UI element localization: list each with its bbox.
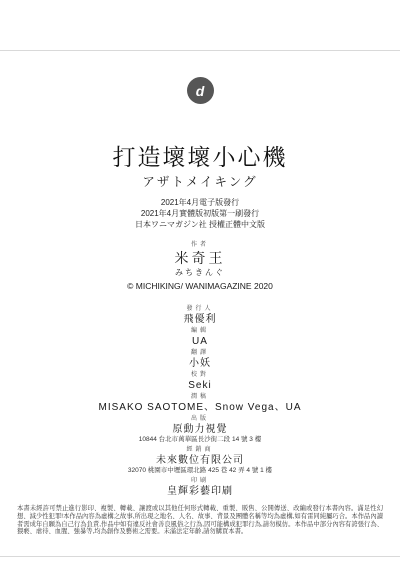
publisher-digital-logo-icon: d [187, 77, 214, 104]
credit-value: MISAKO SAOTOME、Snow Vega、UA [0, 402, 400, 413]
credit-value: 未來數位有限公司 [0, 455, 400, 466]
book-title-japanese: アザトメイキング [0, 175, 400, 190]
legal-fine-print: 本書未經許可禁止進行影印、複製、轉載、讓渡或以其他任何形式轉載、重製、販售、公開… [17, 505, 383, 536]
credit-label: 編輯 [0, 328, 400, 335]
credit-label: 出版 [0, 416, 400, 423]
credit-label: 潤稿 [0, 394, 400, 401]
colophon-page: d 打造壞壞小心機 アザトメイキング 2021年4月電子版發行 2021年4月實… [0, 0, 400, 568]
credit-row-distributor: 經銷商 未來數位有限公司 32070 桃園市中壢區環北路 425 巷 42 弄 … [0, 447, 400, 475]
credit-value: 皇輝彩藝印刷 [0, 486, 400, 497]
author-name: 米奇王 [0, 250, 400, 266]
credit-value: Seki [0, 380, 400, 391]
author-kana: みちきんぐ [0, 268, 400, 278]
page-bottom-edge [0, 556, 400, 557]
credit-row: 校對 Seki [0, 372, 400, 391]
credit-label: 經銷商 [0, 447, 400, 454]
author-label: 作者 [0, 242, 400, 249]
edition-info: 2021年4月電子版發行 2021年4月實體版初版第一刷發行 日本ワニマガジン社… [0, 197, 400, 230]
credit-value: UA [0, 336, 400, 347]
colophon-content: d 打造壞壞小心機 アザトメイキング 2021年4月電子版發行 2021年4月實… [0, 0, 400, 497]
credit-value: 小妖 [0, 358, 400, 369]
book-title: 打造壞壞小心機 [0, 144, 400, 171]
publisher-address: 10844 台北市萬華區長沙街二段 14 號 3 樓 [0, 435, 400, 444]
edition-line: 日本ワニマガジン社 授權正體中文版 [0, 219, 400, 230]
distributor-address: 32070 桃園市中壢區環北路 425 巷 42 弄 4 號 1 樓 [0, 466, 400, 475]
credits-list: 發行人 飛優利 編輯 UA 翻譯 小妖 校對 Seki 潤稿 MISAKO SA… [0, 306, 400, 497]
author-block: 作者 米奇王 みちきんぐ © MICHIKING/ WANIMAGAZINE 2… [0, 242, 400, 292]
credit-label: 翻譯 [0, 350, 400, 357]
credit-row-publisher: 出版 原動力視覺 10844 台北市萬華區長沙街二段 14 號 3 樓 [0, 416, 400, 444]
credit-row: 發行人 飛優利 [0, 306, 400, 325]
credit-label: 發行人 [0, 306, 400, 313]
credit-row: 編輯 UA [0, 328, 400, 347]
credit-row: 翻譯 小妖 [0, 350, 400, 369]
credit-label: 印刷 [0, 478, 400, 485]
logo-glyph: d [196, 84, 205, 98]
credit-value: 原動力視覺 [0, 424, 400, 435]
edition-line: 2021年4月實體版初版第一刷發行 [0, 208, 400, 219]
credit-row: 潤稿 MISAKO SAOTOME、Snow Vega、UA [0, 394, 400, 413]
credit-value: 飛優利 [0, 314, 400, 325]
copyright-line: © MICHIKING/ WANIMAGAZINE 2020 [0, 281, 400, 292]
credit-row-printer: 印刷 皇輝彩藝印刷 [0, 478, 400, 497]
edition-line: 2021年4月電子版發行 [0, 197, 400, 208]
credit-label: 校對 [0, 372, 400, 379]
